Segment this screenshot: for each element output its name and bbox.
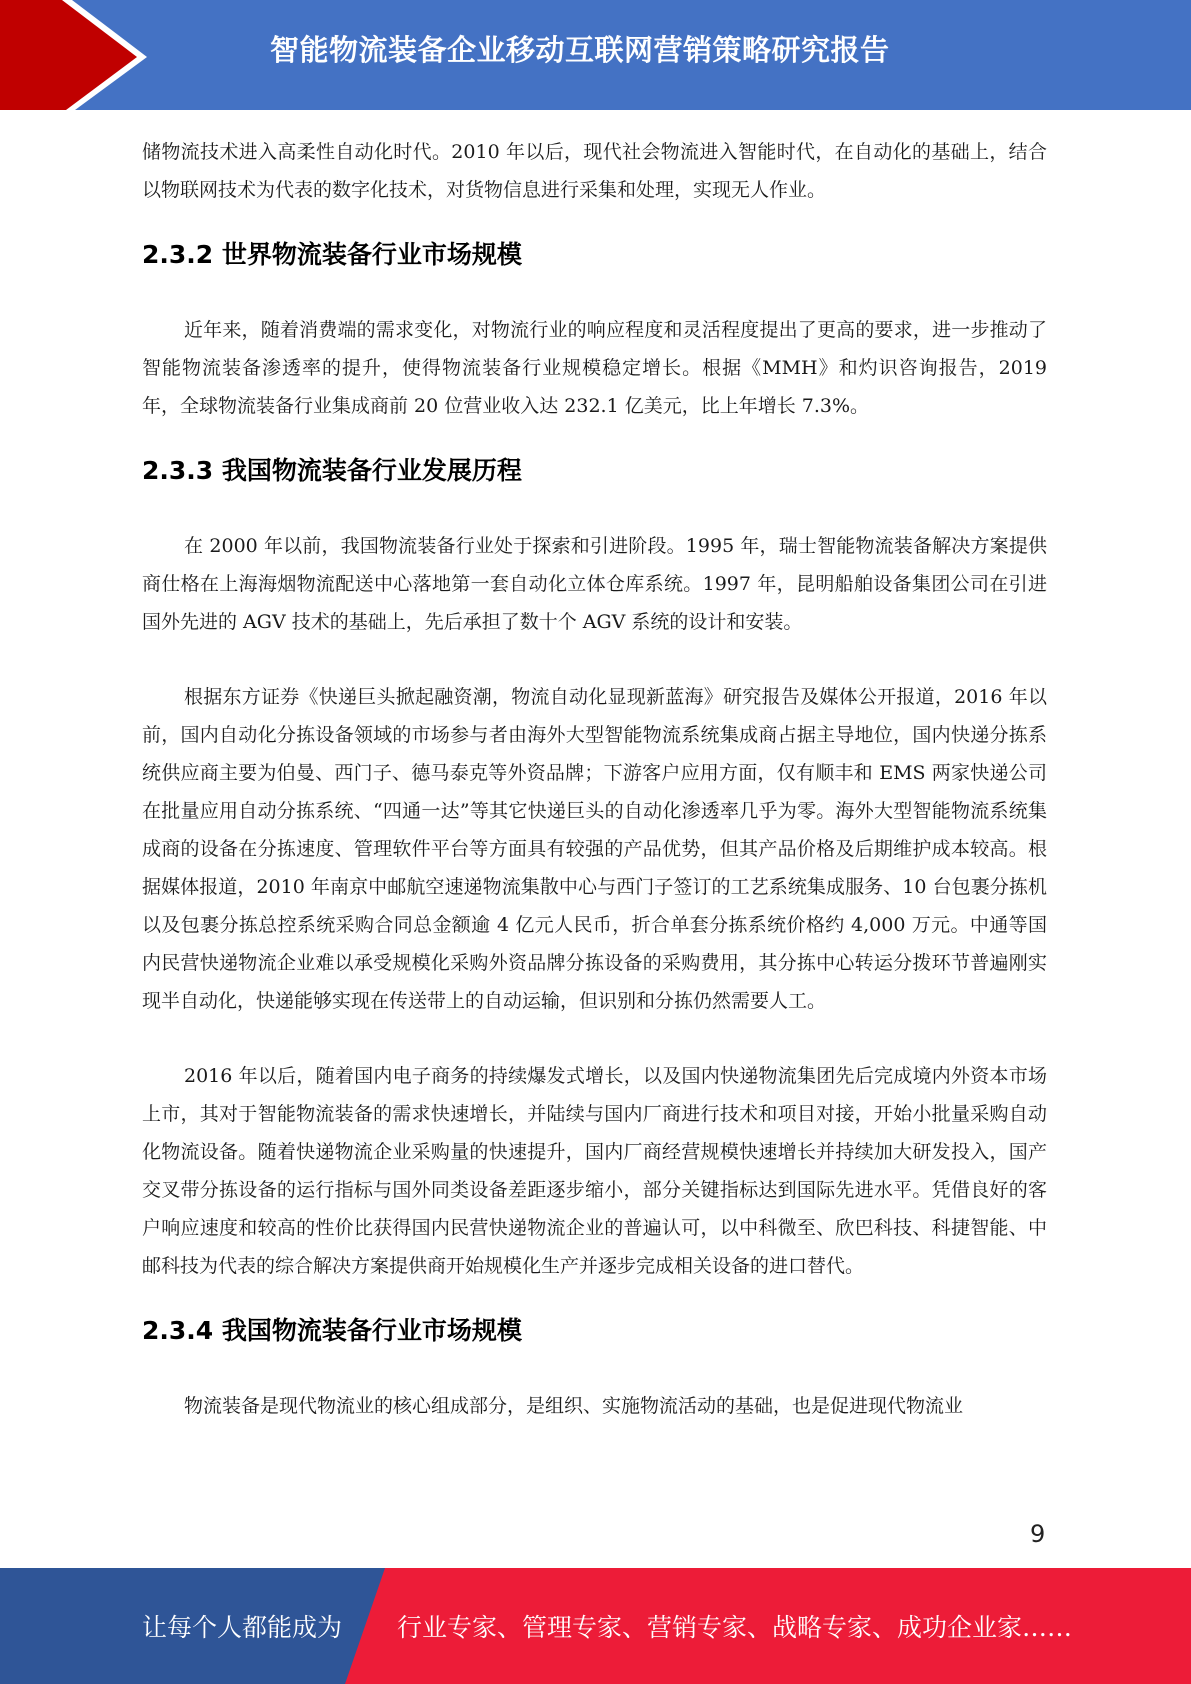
paragraph-world-market-size: 近年来，随着消费端的需求变化，对物流行业的响应程度和灵活程度提出了更高的要求，进…: [142, 311, 1047, 425]
footer-slogan-left: 让每个人都能成为: [142, 1608, 342, 1644]
page-number: 9: [1030, 1520, 1045, 1548]
paragraph-history-after-2016: 2016 年以后，随着国内电子商务的持续爆发式增长，以及国内快递物流集团先后完成…: [142, 1057, 1047, 1285]
footer-banner: 让每个人都能成为 行业专家、管理专家、营销专家、战略专家、成功企业家……: [0, 1568, 1191, 1684]
paragraph-domestic-market-size: 物流装备是现代物流业的核心组成部分，是组织、实施物流活动的基础，也是促进现代物流…: [142, 1387, 1047, 1425]
report-header: 智能物流装备企业移动互联网营销策略研究报告: [0, 0, 1191, 110]
section-heading-2-3-3: 2.3.3 我国物流装备行业发展历程: [142, 452, 1047, 490]
paragraph-history-before-2016: 根据东方证券《快递巨头掀起融资潮，物流自动化显现新蓝海》研究报告及媒体公开报道，…: [142, 678, 1047, 1020]
section-heading-2-3-4: 2.3.4 我国物流装备行业市场规模: [142, 1312, 1047, 1350]
paragraph-history-before-2000: 在 2000 年以前，我国物流装备行业处于探索和引进阶段。1995 年，瑞士智能…: [142, 527, 1047, 641]
footer-slogan-right: 行业专家、管理专家、营销专家、战略专家、成功企业家……: [397, 1608, 1072, 1644]
red-arrow-icon: [0, 0, 200, 110]
report-title: 智能物流装备企业移动互联网营销策略研究报告: [270, 28, 890, 69]
section-heading-2-3-2: 2.3.2 世界物流装备行业市场规模: [142, 236, 1047, 274]
document-body: 储物流技术进入高柔性自动化时代。2010 年以后，现代社会物流进入智能时代，在自…: [142, 133, 1047, 1425]
intro-paragraph: 储物流技术进入高柔性自动化时代。2010 年以后，现代社会物流进入智能时代，在自…: [142, 133, 1047, 209]
